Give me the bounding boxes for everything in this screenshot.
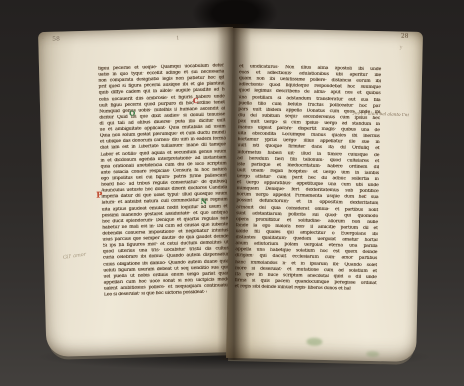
manuscript-text-line: Leo si deseruiat· si que hoc uictoria po… — [104, 290, 207, 299]
rubricated-initial-green: O — [129, 110, 135, 117]
quire-mark: 1 — [176, 35, 179, 41]
folio-number-left: 58 — [52, 37, 60, 43]
left-page: · 58 1 Gil' amor figuu pecerne et ueque·… — [38, 27, 241, 357]
green-stain-small — [366, 351, 379, 357]
manuscript-text-line: et regis sibi deinde minuat regis· liber… — [235, 284, 352, 293]
margin-annotation-left: Gil' amor — [63, 252, 87, 261]
right-text-block: et uindicaturos· Non illius alma apostol… — [235, 64, 382, 293]
rubricated-initial-red-p: P — [96, 191, 102, 198]
right-page: 28 y Jus t'il alam bal alanto t'ni t' et… — [226, 28, 423, 362]
pencil-corner-mark: · — [42, 36, 44, 42]
rubricated-initial-green-n: N — [200, 198, 207, 205]
rubricated-initial-red: C — [193, 97, 199, 104]
folio-number-right: 28 — [401, 34, 409, 40]
green-stain — [306, 338, 322, 346]
photo-background: · 58 1 Gil' amor figuu pecerne et ueque·… — [0, 0, 464, 386]
open-manuscript-book: · 58 1 Gil' amor figuu pecerne et ueque·… — [0, 0, 464, 386]
left-text-block: figuu pecerne et ueque· Quamqui uocabulu… — [98, 63, 230, 298]
folio-submark: y — [400, 44, 403, 50]
